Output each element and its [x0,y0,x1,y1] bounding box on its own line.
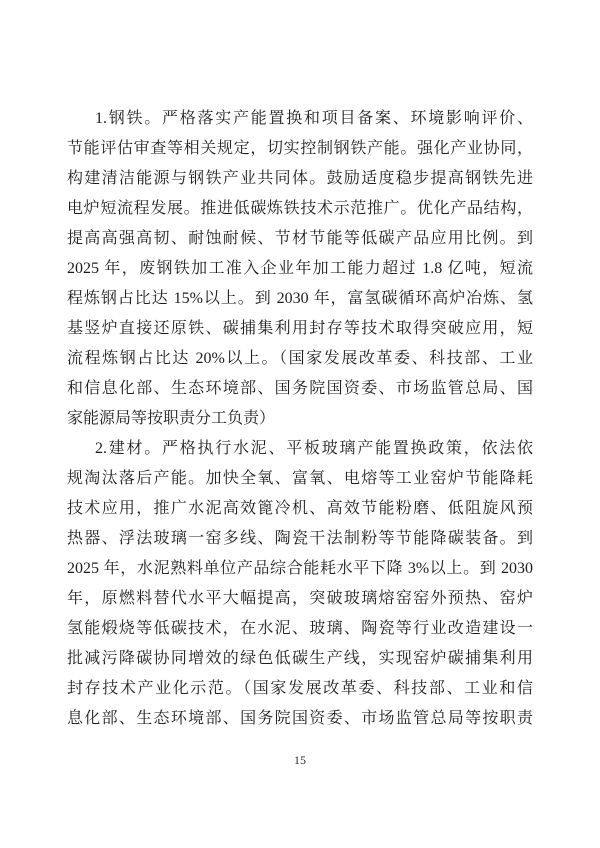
text-line: 提高高强高韧、耐蚀耐候、节材节能等低碳产品应用比例。到 [67,224,533,254]
text-line: 1.钢铁。严格落实产能置换和项目备案、环境影响评价、 [67,104,533,134]
text-line: 家能源局等按职责分工负责） [67,404,533,434]
text-line: 2025 年，水泥熟料单位产品综合能耗水平下降 3%以上。到 2030 [67,554,533,584]
text-line: 构建清洁能源与钢铁产业共同体。鼓励适度稳步提高钢铁先进 [67,164,533,194]
text-line: 程炼钢占比达 15%以上。到 2030 年，富氢碳循环高炉冶炼、氢 [67,284,533,314]
text-line: 电炉短流程发展。推进低碳炼铁技术示范推广。优化产品结构， [67,194,533,224]
text-line: 封存技术产业化示范。（国家发展改革委、科技部、工业和信 [67,674,533,704]
page-number: 15 [0,752,600,768]
text-line: 息化部、生态环境部、国务院国资委、市场监管总局等按职责 [67,704,533,734]
text-line: 2.建材。严格执行水泥、平板玻璃产能置换政策，依法依 [67,434,533,464]
text-line: 年，原燃料替代水平大幅提高，突破玻璃熔窑窑外预热、窑炉 [67,584,533,614]
text-line: 批减污降碳协同增效的绿色低碳生产线，实现窑炉碳捕集利用 [67,644,533,674]
paragraph-building-materials: 2.建材。严格执行水泥、平板玻璃产能置换政策，依法依 规淘汰落后产能。加快全氧、… [67,434,533,734]
paragraph-steel: 1.钢铁。严格落实产能置换和项目备案、环境影响评价、 节能评估审查等相关规定，切… [67,104,533,434]
text-line: 基竖炉直接还原铁、碳捕集利用封存等技术取得突破应用，短 [67,314,533,344]
text-line: 节能评估审查等相关规定，切实控制钢铁产能。强化产业协同， [67,134,533,164]
text-line: 和信息化部、生态环境部、国务院国资委、市场监管总局、国 [67,374,533,404]
text-line: 热器、浮法玻璃一窑多线、陶瓷干法制粉等节能降碳装备。到 [67,524,533,554]
text-line: 流程炼钢占比达 20%以上。（国家发展改革委、科技部、工业 [67,344,533,374]
text-line: 技术应用，推广水泥高效篦冷机、高效节能粉磨、低阻旋风预 [67,494,533,524]
text-line: 规淘汰落后产能。加快全氧、富氧、电熔等工业窑炉节能降耗 [67,464,533,494]
document-text: 1.钢铁。严格落实产能置换和项目备案、环境影响评价、 节能评估审查等相关规定，切… [67,104,533,734]
document-page: 1.钢铁。严格落实产能置换和项目备案、环境影响评价、 节能评估审查等相关规定，切… [0,0,600,848]
text-line: 2025 年，废钢铁加工准入企业年加工能力超过 1.8 亿吨，短流 [67,254,533,284]
text-line: 氢能煅烧等低碳技术，在水泥、玻璃、陶瓷等行业改造建设一 [67,614,533,644]
